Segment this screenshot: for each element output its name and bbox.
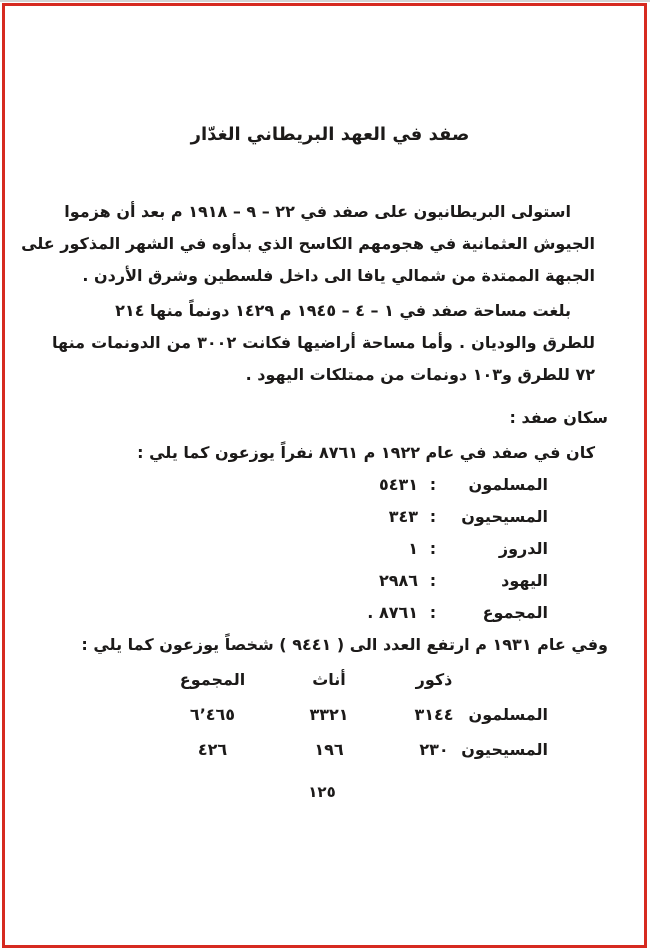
text-line: الجبهة الممتدة من شمالي يافا الى داخل فل… [52, 260, 608, 292]
row-value: ٥٤٣١ [308, 469, 418, 501]
table-header-row: ذكور أناث المجموع [52, 663, 548, 697]
row-label: الدروز [448, 533, 548, 565]
table-row-christians: المسيحيون ٢٣٠ ١٩٦ ٤٢٦ [52, 732, 548, 767]
list-row-jews: اليهود : ٢٩٨٦ [52, 565, 548, 597]
header-females: أناث [270, 663, 388, 697]
scanned-book-page: { "page": { "title": "صفد في العهد البري… [0, 0, 650, 952]
row-separator: : [418, 469, 448, 501]
males-value: ٣١٤٤ [388, 697, 480, 732]
total-value: ٤٢٦ [155, 732, 270, 767]
row-label: المسلمون [480, 697, 548, 732]
total-value: ٦٬٤٦٥ [155, 697, 270, 732]
row-value: ١ [308, 533, 418, 565]
row-separator: : [418, 501, 448, 533]
list-row-total: المجموع : ٨٧٦١ . [52, 597, 548, 629]
paragraph-occupation: استولى البريطانيون على صفد في ٢٢ – ٩ – ١… [52, 196, 608, 292]
list-row-muslims: المسلمون : ٥٤٣١ [52, 469, 548, 501]
males-value: ٢٣٠ [388, 732, 480, 767]
females-value: ٣٣٢١ [270, 697, 388, 732]
paragraph-area: بلغت مساحة صفد في ١ – ٤ – ١٩٤٥ م ١٤٢٩ دو… [52, 295, 608, 391]
header-total: المجموع [155, 663, 270, 697]
table-row-muslims: المسلمون ٣١٤٤ ٣٣٢١ ٦٬٤٦٥ [52, 697, 548, 732]
females-value: ١٩٦ [270, 732, 388, 767]
population-table-1931: ذكور أناث المجموع المسلمون ٣١٤٤ ٣٣٢١ ٦٬٤… [52, 663, 608, 767]
text-line: بلغت مساحة صفد في ١ – ٤ – ١٩٤٥ م ١٤٢٩ دو… [52, 295, 608, 327]
text-line: ٧٢ للطرق و١٠٣ دونمات من ممتلكات اليهود . [52, 359, 608, 391]
row-label: اليهود [448, 565, 548, 597]
row-label: المجموع [448, 597, 548, 629]
row-value: ٣٤٣ [308, 501, 418, 533]
text-line: للطرق والوديان . وأما مساحة أراضيها فكان… [52, 327, 608, 359]
row-value: ٢٩٨٦ [308, 565, 418, 597]
row-separator: : [418, 533, 448, 565]
page-content: صفد في العهد البريطاني الغدّار استولى ال… [52, 0, 608, 808]
text-line: الجيوش العثمانية في هجومهم الكاسح الذي ب… [52, 228, 608, 260]
paragraph-1922-intro: كان في صفد في عام ١٩٢٢ م ٨٧٦١ نفراً يوزع… [52, 437, 608, 469]
row-separator: : [418, 565, 448, 597]
section-heading-population: سكان صفد : [52, 402, 608, 434]
population-list-1922: المسلمون : ٥٤٣١ المسيحيون : ٣٤٣ الدروز :… [52, 469, 608, 629]
list-row-christians: المسيحيون : ٣٤٣ [52, 501, 548, 533]
row-separator: : [418, 597, 448, 629]
text-line: استولى البريطانيون على صفد في ٢٢ – ٩ – ١… [52, 196, 608, 228]
row-label: المسلمون [448, 469, 548, 501]
paragraph-1931-intro: وفي عام ١٩٣١ م ارتفع العدد الى ( ٩٤٤١ ) … [52, 629, 608, 661]
header-males: ذكور [388, 663, 480, 697]
row-label: المسيحيون [448, 501, 548, 533]
list-row-druze: الدروز : ١ [52, 533, 548, 565]
row-label: المسيحيون [480, 732, 548, 767]
header-spacer [480, 663, 548, 697]
page-title: صفد في العهد البريطاني الغدّار [52, 119, 608, 151]
row-value: ٨٧٦١ . [308, 597, 418, 629]
page-number: ١٢٥ [52, 776, 608, 808]
